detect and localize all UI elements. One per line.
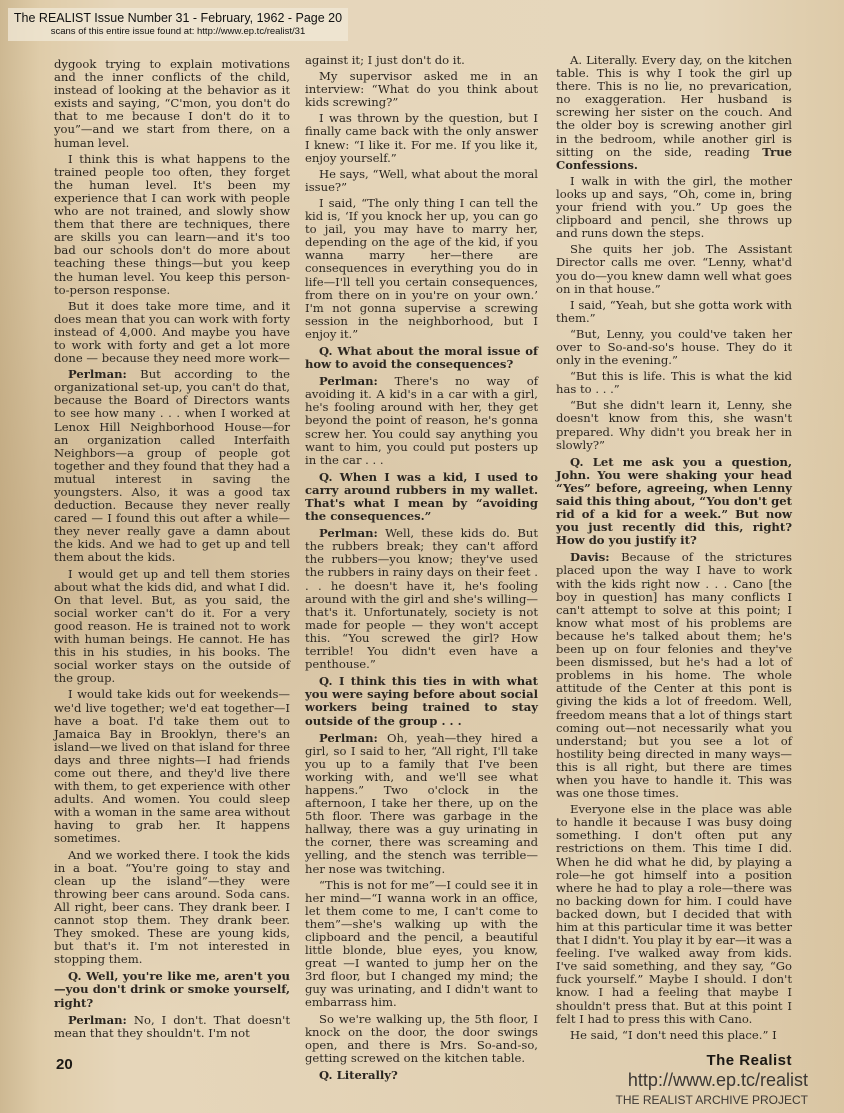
body-paragraph: “But she didn't learn it, Lenny, she doe… xyxy=(556,399,792,451)
body-paragraph: “This is not for me”—I could see it in h… xyxy=(305,879,538,1010)
body-paragraph: He said, “I don't need this place.” I xyxy=(556,1029,792,1042)
archive-source-note: scans of this entire issue found at: htt… xyxy=(8,26,348,38)
speaker-text: Oh, yeah—they hired a girl, so I said to… xyxy=(305,731,538,876)
archive-url-link[interactable]: http://www.ep.tc/realist xyxy=(628,1070,808,1091)
speaker-text: Well, these kids do. But the rubbers bre… xyxy=(305,526,538,671)
body-paragraph: “But, Lenny, you could've taken her over… xyxy=(556,328,792,367)
continued-paragraph: dygook trying to explain motivations and… xyxy=(54,58,290,150)
speaker-paragraph: Perlman: Well, these kids do. But the ru… xyxy=(305,527,538,671)
speaker-paragraph: Perlman: No, I don't. That doesn't mean … xyxy=(54,1014,290,1040)
speaker-text: Because of the strictures placed upon th… xyxy=(556,550,792,800)
speaker-text: But according to the organizational set-… xyxy=(54,367,290,564)
interviewer-question: Q. Let me ask you a question, John. You … xyxy=(556,456,792,548)
body-paragraph: I would get up and tell them stories abo… xyxy=(54,568,290,686)
speaker-name: Perlman: xyxy=(319,374,378,388)
issue-title: The REALIST Issue Number 31 - February, … xyxy=(8,8,348,26)
speaker-paragraph: Davis: Because of the strictures placed … xyxy=(556,551,792,800)
body-paragraph: I walk in with the girl, the mother look… xyxy=(556,175,792,240)
body-paragraph: Everyone else in the place was able to h… xyxy=(556,803,792,1026)
interviewer-question: Q. I think this ties in with what you we… xyxy=(305,675,538,727)
archive-project-label: THE REALIST ARCHIVE PROJECT xyxy=(616,1093,809,1107)
speaker-name: Perlman: xyxy=(319,526,378,540)
speaker-name: Davis: xyxy=(570,550,610,564)
interviewer-question: Q. When I was a kid, I used to carry aro… xyxy=(305,471,538,523)
archive-header-banner: The REALIST Issue Number 31 - February, … xyxy=(8,8,348,41)
body-paragraph: And we worked there. I took the kids in … xyxy=(54,849,290,967)
body-paragraph: She quits her job. The Assistant Directo… xyxy=(556,243,792,295)
page-number: 20 xyxy=(56,1056,73,1073)
text-column-2: against it; I just don't do it.My superv… xyxy=(305,54,538,1086)
body-paragraph: But it does take more time, and it does … xyxy=(54,300,290,365)
interviewer-question: Q. Well, you're like me, aren't you—you … xyxy=(54,970,290,1009)
body-paragraph: I would take kids out for weekends—we'd … xyxy=(54,688,290,845)
paragraph-text: A. Literally. Every day, on the kitchen … xyxy=(556,53,792,159)
speaker-paragraph: Perlman: Oh, yeah—they hired a girl, so … xyxy=(305,732,538,876)
body-paragraph: I said, “Yeah, but she gotta work with t… xyxy=(556,299,792,325)
body-paragraph: I was thrown by the question, but I fina… xyxy=(305,112,538,164)
continued-paragraph: against it; I just don't do it. xyxy=(305,54,538,67)
body-paragraph: I think this is what happens to the trai… xyxy=(54,153,290,297)
speaker-paragraph: Perlman: There's no way of avoiding it. … xyxy=(305,375,538,467)
answer-paragraph: A. Literally. Every day, on the kitchen … xyxy=(556,54,792,172)
interviewer-question: Q. What about the moral issue of how to … xyxy=(305,345,538,371)
speaker-name: Perlman: xyxy=(68,367,127,381)
speaker-paragraph: Perlman: But according to the organizati… xyxy=(54,368,290,564)
body-paragraph: My supervisor asked me in an interview: … xyxy=(305,70,538,109)
text-column-3: A. Literally. Every day, on the kitchen … xyxy=(556,54,792,1045)
interviewer-question: Q. Literally? xyxy=(305,1069,538,1082)
text-column-1: dygook trying to explain motivations and… xyxy=(54,58,290,1043)
speaker-name: Perlman: xyxy=(68,1013,127,1027)
body-paragraph: He says, “Well, what about the moral iss… xyxy=(305,168,538,194)
speaker-text: There's no way of avoiding it. A kid's i… xyxy=(305,374,538,467)
magazine-brand: The Realist xyxy=(706,1052,792,1069)
body-paragraph: I said, “The only thing I can tell the k… xyxy=(305,197,538,341)
speaker-name: Perlman: xyxy=(319,731,378,745)
body-paragraph: “But this is life. This is what the kid … xyxy=(556,370,792,396)
body-paragraph: So we're walking up, the 5th floor, I kn… xyxy=(305,1013,538,1065)
